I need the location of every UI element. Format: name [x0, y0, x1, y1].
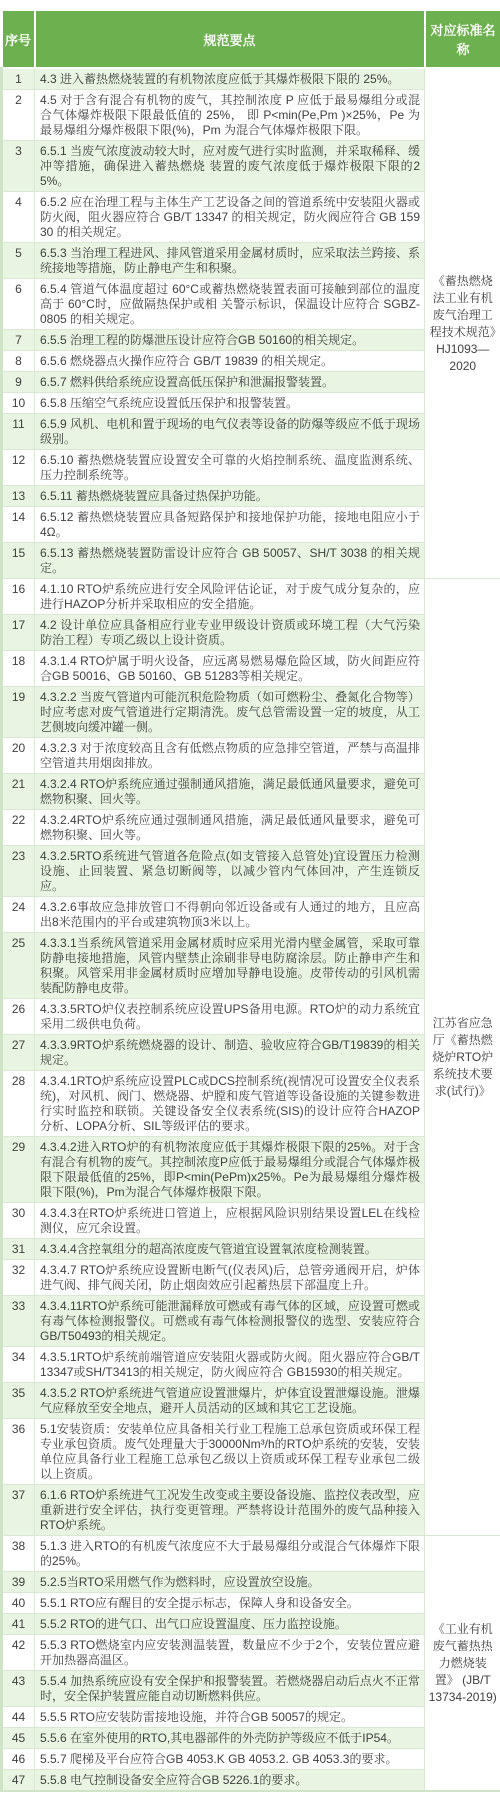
- row-number: 38: [2, 1536, 35, 1572]
- row-number: 19: [2, 687, 35, 738]
- spec-point-text: 6.5.7 燃料供给系统应设置高低压保护和泄漏报警装置。: [35, 372, 425, 393]
- spec-point-text: 4.3.3.9RTO炉系统燃烧器的设计、制造、验收应符合GB/T19839的相关…: [35, 1035, 425, 1071]
- row-number: 17: [2, 615, 35, 651]
- spec-point-text: 4.3.4.3在RTO炉系统进口管道上，应根据风险识别结果设置LEL在线检测仪，…: [35, 1203, 425, 1239]
- standard-name: 《蓄热燃烧法工业有机废气治理工程技术规范》HJ1093—2020: [425, 68, 500, 579]
- row-number: 29: [2, 1137, 35, 1203]
- spec-point-text: 4.3.5.2 RTO炉系统进气管道应设置泄爆片，炉体宜设置泄爆设施。泄爆气应释…: [35, 1383, 425, 1419]
- row-number: 18: [2, 651, 35, 687]
- table-row: 164.1.10 RTO炉系统应进行安全风险评估论证，对于废气成分复杂的，应进行…: [2, 579, 500, 615]
- row-number: 4: [2, 192, 35, 243]
- spec-point-text: 5.5.3 RTO燃烧室内应安装测温装置，数量应不少于2个，安装位置应避开加热器…: [35, 1635, 425, 1671]
- row-number: 36: [2, 1419, 35, 1485]
- row-number: 32: [2, 1260, 35, 1296]
- spec-requirements-table: 序号 规范要点 对应标准名称 14.3 进入蓄热燃烧装置的有机物浓度应低于其爆炸…: [0, 9, 500, 1792]
- row-number: 9: [2, 372, 35, 393]
- row-number: 6: [2, 279, 35, 330]
- spec-point-text: 5.5.4 加热系统应设有安全保护和报警装置。若燃烧器启动后点火不正常时，安全保…: [35, 1671, 425, 1707]
- row-number: 45: [2, 1728, 35, 1749]
- spec-point-text: 6.5.4 管道气体温度超过 60°C或蓄热燃烧装置表面可接触到部位的温度高于 …: [35, 279, 425, 330]
- row-number: 39: [2, 1572, 35, 1593]
- spec-point-text: 6.5.13 蓄热燃烧装置防雷设计应符合 GB 50057、SH/T 3038 …: [35, 543, 425, 579]
- spec-point-text: 4.3.3.1当系统风管道采用金属材质时应采用光滑内壁金属管，采取可靠防静电接地…: [35, 933, 425, 999]
- row-number: 37: [2, 1485, 35, 1536]
- table-header-row: 序号 规范要点 对应标准名称: [2, 10, 500, 68]
- row-number: 30: [2, 1203, 35, 1239]
- spec-point-text: 4.3.4.4含控氧组分的超高浓度废气管道宜设置氧浓度检测装置。: [35, 1239, 425, 1260]
- row-number: 12: [2, 450, 35, 486]
- standard-name: 江苏省应急厅《蓄热燃烧炉RTO炉系统技术要求(试行)》: [425, 579, 500, 1536]
- table-row: 385.1.3 进入RTO的有机废气浓度应不大于最易爆组分或混合气体爆炸下限的2…: [2, 1536, 500, 1572]
- spec-point-text: 5.5.2 RTO的进气口、出气口应设置温度、压力监控设施。: [35, 1614, 425, 1635]
- row-number: 22: [2, 810, 35, 846]
- row-number: 20: [2, 738, 35, 774]
- row-number: 11: [2, 414, 35, 450]
- spec-point-text: 4.3.4.7 RTO炉系统应设置断电断气(仪表风)后，总管旁通阀开启，炉体进气…: [35, 1260, 425, 1296]
- spec-point-text: 5.2.5当RTO采用燃气作为燃料时，应设置放空设施。: [35, 1572, 425, 1593]
- spec-point-text: 4.3.4.2进入RTO炉的有机物浓度应低于其爆炸极限下限的25%。对于含有混合…: [35, 1137, 425, 1203]
- spec-point-text: 6.5.6 燃烧器点火操作应符合 GB/T 19839 的相关规定。: [35, 351, 425, 372]
- spec-point-text: 6.5.10 蓄热燃烧装置应设置安全可靠的火焰控制系统、温度监测系统、压力控制系…: [35, 450, 425, 486]
- spec-point-text: 4.3 进入蓄热燃烧装置的有机物浓度应低于其爆炸极限下限的 25%。: [35, 68, 425, 90]
- row-number: 42: [2, 1635, 35, 1671]
- row-number: 40: [2, 1593, 35, 1614]
- row-number: 13: [2, 486, 35, 507]
- row-number: 10: [2, 393, 35, 414]
- spec-point-text: 4.3.2.5RTO系统进气管道各危险点(如支管接入总管处)宜设置压力检测设施、…: [35, 846, 425, 897]
- spec-point-text: 6.5.2 应在治理工程与主体生产工艺设备之间的管道系统中安装阻火器或防火阀，阻…: [35, 192, 425, 243]
- spec-point-text: 6.5.3 当治理工程进风、排风管道采用金属材质时，应采取法兰跨接、系统接地等措…: [35, 243, 425, 279]
- row-number: 15: [2, 543, 35, 579]
- spec-point-text: 4.5 对于含有混合有机物的废气，其控制浓度 P 应低于最易爆组分或混合气体爆炸…: [35, 90, 425, 141]
- table-row: 14.3 进入蓄热燃烧装置的有机物浓度应低于其爆炸极限下限的 25%。《蓄热燃烧…: [2, 68, 500, 90]
- spec-point-text: 4.3.2.6事故应急排放管口不得朝向邻近设备或有人通过的地方，且应高出8米范围…: [35, 897, 425, 933]
- row-number: 31: [2, 1239, 35, 1260]
- row-number: 26: [2, 999, 35, 1035]
- standard-name: 《工业有机废气蓄热热力燃烧装置》 (JB/T 13734-2019): [425, 1536, 500, 1792]
- spec-point-text: 4.3.2.2 当废气管道内可能沉积危险物质（如可燃粉尘、叠氮化合物等）时应考虑…: [35, 687, 425, 738]
- spec-point-text: 4.3.2.3 对于浓度较高且含有低燃点物质的应急排空管道，严禁与高温排空管道共…: [35, 738, 425, 774]
- spec-point-text: 6.5.8 压缩空气系统应设置低压保护和报警装置。: [35, 393, 425, 414]
- spec-point-text: 4.1.10 RTO炉系统应进行安全风险评估论证，对于废气成分复杂的，应进行HA…: [35, 579, 425, 615]
- row-number: 41: [2, 1614, 35, 1635]
- spec-point-text: 4.3.2.4RTO炉系统应通过强制通风措施，满足最低通风量要求，避免可燃物积聚…: [35, 810, 425, 846]
- spec-point-text: 4.3.1.4 RTO炉属于明火设备，应远离易燃易爆危险区域，防火间距应符合GB…: [35, 651, 425, 687]
- table-body: 14.3 进入蓄热燃烧装置的有机物浓度应低于其爆炸极限下限的 25%。《蓄热燃烧…: [2, 68, 500, 1791]
- row-number: 47: [2, 1770, 35, 1792]
- row-number: 21: [2, 774, 35, 810]
- spec-point-text: 4.3.3.5RTO炉仪表控制系统应设置UPS备用电源。RTO炉的动力系统宜采用…: [35, 999, 425, 1035]
- spec-point-text: 5.1安装资质：安装单位应具备相关行业工程施工总承包资质或环保工程专业承包资质。…: [35, 1419, 425, 1485]
- spec-point-text: 5.5.6 在室外使用的RTO,其电器部件的外壳防护等级应不低于IP54。: [35, 1728, 425, 1749]
- spec-point-text: 6.5.1 当废气浓度波动较大时，应对废气进行实时监测，并采取稀释、缓冲等措施，…: [35, 141, 425, 192]
- row-number: 44: [2, 1707, 35, 1728]
- spec-point-text: 6.5.5 治理工程的防爆泄压设计应符合GB 50160的相关规定。: [35, 330, 425, 351]
- row-number: 27: [2, 1035, 35, 1071]
- row-number: 3: [2, 141, 35, 192]
- spec-point-text: 5.5.8 电气控制设备安全应符合GB 5226.1的要求。: [35, 1770, 425, 1792]
- spec-point-text: 6.1.6 RTO炉系统进气工况发生改变或主要设备设施、监控仪表改型，应重新进行…: [35, 1485, 425, 1536]
- spec-point-text: 6.5.12 蓄热燃烧装置应具备短路保护和接地保护功能，接地电阻应小于 4Ω。: [35, 507, 425, 543]
- spec-point-text: 4.3.4.11RTO炉系统可能泄漏释放可燃或有毒气体的区域，应设置可燃或有毒气…: [35, 1296, 425, 1347]
- spec-point-text: 4.2 设计单位应具备相应行业专业甲级设计资质或环境工程（大气污染防治工程）专项…: [35, 615, 425, 651]
- header-cell-standard-name: 对应标准名称: [425, 10, 500, 68]
- row-number: 33: [2, 1296, 35, 1347]
- spec-point-text: 5.1.3 进入RTO的有机废气浓度应不大于最易爆组分或混合气体爆炸下限的25%…: [35, 1536, 425, 1572]
- row-number: 35: [2, 1383, 35, 1419]
- row-number: 28: [2, 1071, 35, 1137]
- row-number: 25: [2, 933, 35, 999]
- row-number: 16: [2, 579, 35, 615]
- spec-point-text: 5.5.7 爬梯及平台应符合GB 4053.K GB 4053.2. GB 40…: [35, 1749, 425, 1770]
- standards-compliance-page: 序号 规范要点 对应标准名称 14.3 进入蓄热燃烧装置的有机物浓度应低于其爆炸…: [0, 0, 500, 1798]
- spec-point-text: 5.5.1 RTO应有醒目的安全提示标志，保障人身和设备安全。: [35, 1593, 425, 1614]
- spec-point-text: 6.5.9 风机、电机和置于现场的电气仪表等设备的防爆等级应不低于现场级别。: [35, 414, 425, 450]
- row-number: 2: [2, 90, 35, 141]
- header-cell-spec-points: 规范要点: [35, 10, 425, 68]
- row-number: 24: [2, 897, 35, 933]
- row-number: 43: [2, 1671, 35, 1707]
- spec-point-text: 4.3.5.1RTO炉系统前端管道应安装阻火器或防火阀。阻火器应符合GB/T13…: [35, 1347, 425, 1383]
- spec-point-text: 6.5.11 蓄热燃烧装置应具备过热保护功能。: [35, 486, 425, 507]
- spec-point-text: 5.5.5 RTO应安装防雷接地设施，并符合GB 50057的规定。: [35, 1707, 425, 1728]
- row-number: 5: [2, 243, 35, 279]
- row-number: 34: [2, 1347, 35, 1383]
- row-number: 8: [2, 351, 35, 372]
- header-cell-index: 序号: [2, 10, 35, 68]
- row-number: 1: [2, 68, 35, 90]
- spec-point-text: 4.3.4.1RTO炉系统应设置PLC或DCS控制系统(视情况可设置安全仪表系统…: [35, 1071, 425, 1137]
- row-number: 14: [2, 507, 35, 543]
- row-number: 7: [2, 330, 35, 351]
- row-number: 46: [2, 1749, 35, 1770]
- row-number: 23: [2, 846, 35, 897]
- spec-point-text: 4.3.2.4 RTO炉系统应通过强制通风措施，满足最低通风量要求，避免可燃物积…: [35, 774, 425, 810]
